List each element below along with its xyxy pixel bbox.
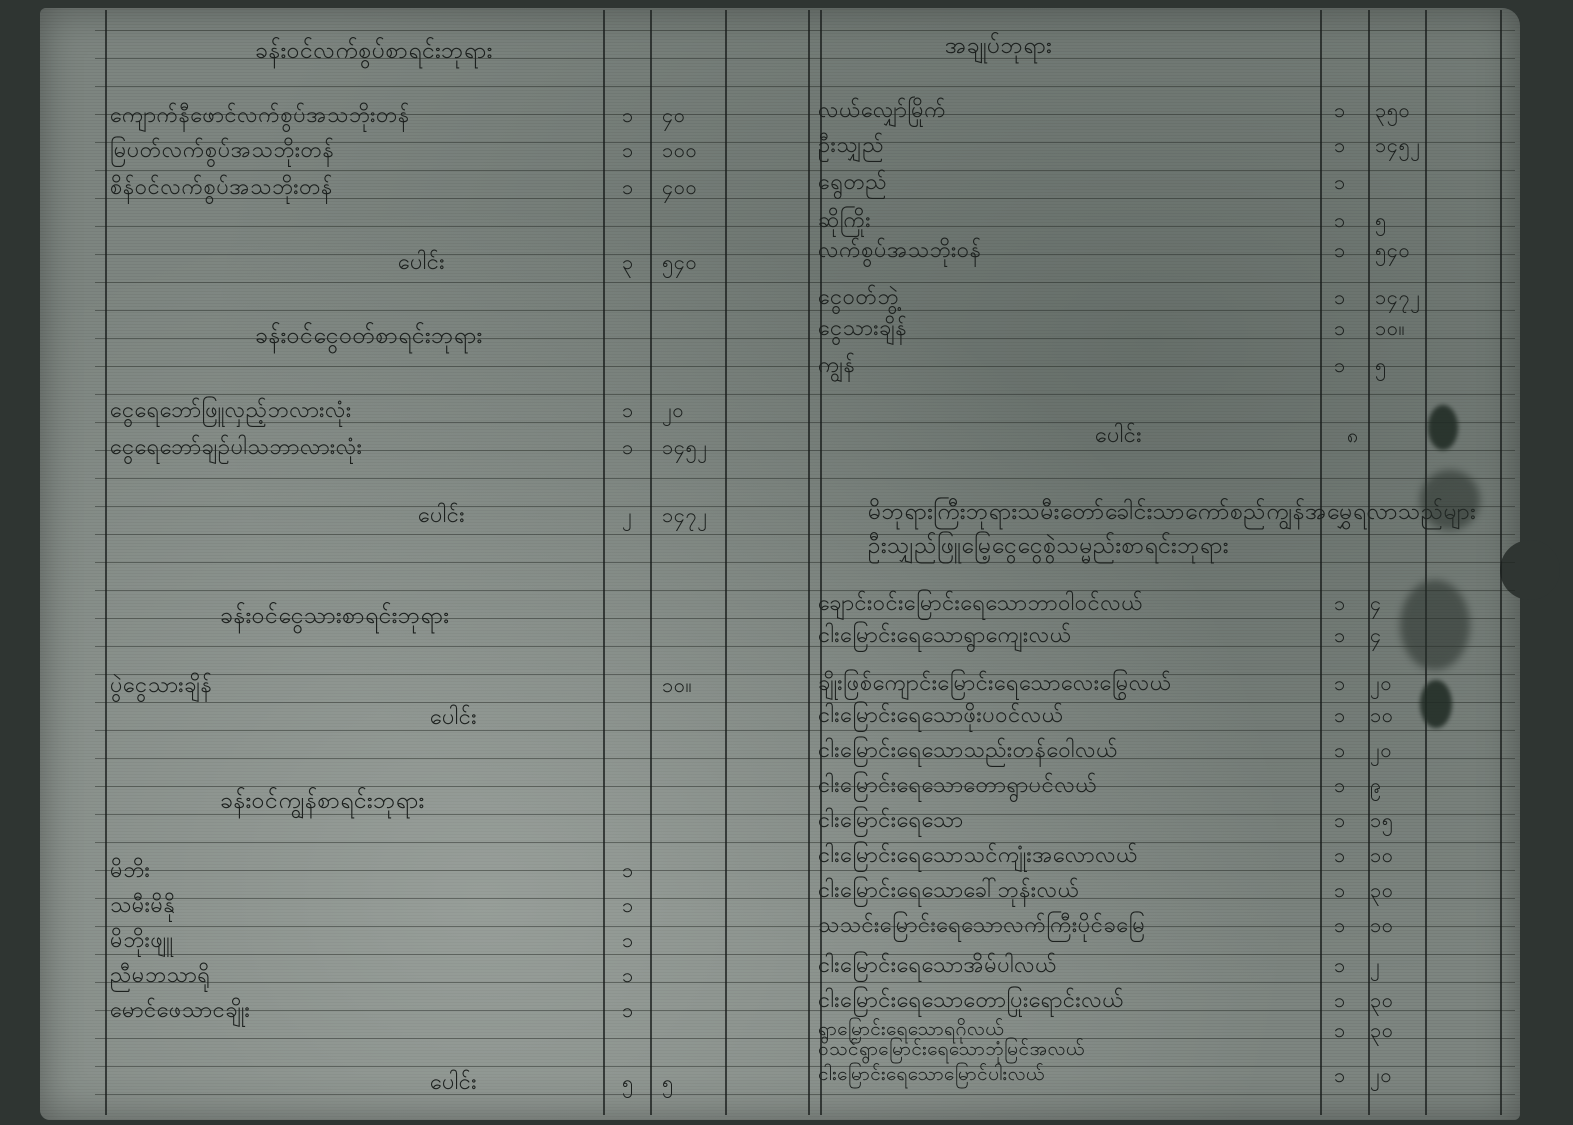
ruled-line bbox=[95, 954, 1515, 955]
quantity: ၁ bbox=[1334, 705, 1346, 725]
stain bbox=[1400, 580, 1470, 670]
section-heading: ခန်းဝင်ကျွန်စာရင်းဘုရား bbox=[220, 790, 425, 813]
item-text: ငါးမြောင်းရေသောဖိုးပဝင်လယ် bbox=[818, 705, 1064, 727]
column-line bbox=[603, 10, 605, 1115]
quantity: ၁ bbox=[1334, 240, 1346, 260]
quantity: ၁ bbox=[622, 177, 634, 197]
ruled-line bbox=[95, 478, 1515, 479]
item-text: ချိုးဖြစ်ကျောင်းမြောင်းရေသောလေးမြွေလယ် bbox=[818, 673, 1172, 695]
value: ၄၀၀ bbox=[662, 177, 697, 197]
item-text: မိဘိး bbox=[110, 860, 150, 882]
ruled-line bbox=[95, 282, 1515, 283]
ruled-line bbox=[95, 1010, 1515, 1011]
column-line bbox=[808, 10, 810, 1115]
value: ၅ bbox=[1375, 210, 1387, 230]
ruled-line bbox=[95, 926, 1515, 927]
item-text: သမီးမိနို bbox=[110, 895, 175, 917]
value: ၁၀၀ bbox=[662, 140, 697, 160]
item-text: ငွေရေဘော်ဖြူလှည့်ဘလားလုံး bbox=[110, 400, 352, 422]
total-quantity: ၅ bbox=[622, 1072, 634, 1092]
quantity: ၁ bbox=[1334, 355, 1346, 375]
value: ၃၀ bbox=[1370, 1020, 1394, 1040]
item-text: ငါးမြောင်းရေသောတောပြုးရောင်းလယ် bbox=[818, 990, 1124, 1012]
ruled-line bbox=[95, 366, 1515, 367]
total-label: ပေါင်း bbox=[430, 1072, 477, 1094]
ruled-line bbox=[95, 870, 1515, 871]
ruled-line bbox=[95, 898, 1515, 899]
total-label: ပေါင်း bbox=[398, 252, 445, 274]
item-text: ပွဲငွေသားချိန် bbox=[110, 675, 212, 697]
quantity: ၁ bbox=[1334, 100, 1346, 120]
item-text: မြပတ်လက်စွပ်အသဘိုးတန် bbox=[110, 140, 334, 162]
total-value: ၁၄၇၂ bbox=[662, 505, 708, 525]
item-text: ငါးမြောင်းရေသောခေါ်ဘုန်းလယ် bbox=[818, 880, 1080, 902]
ruled-line bbox=[95, 674, 1515, 675]
value: ၁၄၅၂ bbox=[1375, 135, 1421, 155]
item-text: ဆိုကြိုး bbox=[818, 210, 871, 232]
column-line bbox=[105, 10, 107, 1115]
item-text: ဝသင်ရွာမြောင်းရေသောဘုံမြင်အလယ် bbox=[818, 1040, 1085, 1059]
total-label: ပေါင်း bbox=[1095, 425, 1142, 447]
ruled-line bbox=[95, 758, 1515, 759]
quantity: ၁ bbox=[1334, 210, 1346, 230]
quantity: ၁ bbox=[622, 400, 634, 420]
value: ၄၀ bbox=[662, 105, 686, 125]
quantity: ၁ bbox=[622, 437, 634, 457]
quantity: ၁ bbox=[1334, 135, 1346, 155]
ruled-line bbox=[95, 226, 1515, 227]
item-text: ငါးမြောင်းရေသောအိမ်ပါလယ် bbox=[818, 955, 1057, 977]
total-quantity: ၂ bbox=[622, 505, 632, 525]
quantity: ၁ bbox=[622, 965, 634, 985]
item-text: လယ်လျှော်မြိုက် bbox=[818, 100, 946, 122]
ruled-line bbox=[95, 842, 1515, 843]
quantity: ၁ bbox=[1334, 593, 1346, 613]
quantity: ၁ bbox=[1334, 810, 1346, 830]
ruled-line bbox=[95, 170, 1515, 171]
value: ၁၅ bbox=[1370, 810, 1394, 830]
item-text: ငါးမြောင်းရေသောရွာကျေးလယ် bbox=[818, 625, 1072, 647]
quantity: ၁ bbox=[622, 930, 634, 950]
quantity: ၁ bbox=[1334, 1020, 1346, 1040]
ink-blot bbox=[1420, 680, 1452, 728]
ruled-line bbox=[95, 646, 1515, 647]
item-text: ကျွန် bbox=[818, 355, 855, 377]
value: ၁၀။ bbox=[1375, 318, 1405, 338]
value: ၅ bbox=[1375, 355, 1387, 375]
column-line bbox=[725, 10, 727, 1115]
section-heading: ခန်းဝင်ငွေသားစာရင်းဘုရား bbox=[220, 605, 449, 628]
value: ၄ bbox=[1370, 625, 1382, 645]
value: ၁၀။ bbox=[662, 675, 692, 695]
quantity: ၁ bbox=[1334, 915, 1346, 935]
ruled-line bbox=[95, 786, 1515, 787]
total-label: ပေါင်း bbox=[430, 707, 477, 729]
value: ၃၀ bbox=[1370, 880, 1394, 900]
value: ၂၀ bbox=[662, 400, 684, 420]
section-heading: အချုပ်ဘုရား bbox=[945, 35, 1052, 58]
item-text: မိဘိုးဖျူ bbox=[110, 930, 173, 952]
ruled-line bbox=[95, 730, 1515, 731]
value: ၂၀ bbox=[1370, 740, 1392, 760]
quantity: ၁ bbox=[622, 140, 634, 160]
item-text: ငွေဝတ်ဘွဲ့ bbox=[818, 287, 899, 309]
ruled-line bbox=[95, 1066, 1515, 1067]
quantity: ၁ bbox=[622, 105, 634, 125]
quantity: ၁ bbox=[1334, 990, 1346, 1010]
value: ၂၀ bbox=[1370, 673, 1392, 693]
paper-notch bbox=[1500, 540, 1560, 600]
item-text: ကျောက်နီဖောင်လက်စွပ်အသဘိုးတန် bbox=[110, 105, 410, 127]
quantity: ၁ bbox=[1334, 287, 1346, 307]
section-heading: ခန်းဝင်ငွေဝတ်စာရင်းဘုရား bbox=[255, 325, 483, 348]
item-text: သသင်းမြောင်းရေသောလက်ကြီးပိုင်ခမြေ bbox=[818, 915, 1146, 937]
item-text: ရွေတည် bbox=[818, 172, 887, 194]
stain bbox=[1420, 470, 1480, 530]
item-text: ဦးသျှည် bbox=[818, 135, 884, 157]
ruled-line bbox=[95, 254, 1515, 255]
quantity: ၁ bbox=[622, 895, 634, 915]
item-text: ငါးမြောင်းရေသောသည်းတန်ဝေါလယ် bbox=[818, 740, 1118, 762]
quantity: ၁ bbox=[1334, 625, 1346, 645]
quantity: ၁ bbox=[622, 860, 634, 880]
value: ၁၄၅၂ bbox=[662, 437, 708, 457]
total-quantity: ၈ bbox=[1347, 425, 1359, 445]
quantity: ၁ bbox=[1334, 955, 1346, 975]
section-heading: မိဘုရားကြီးဘုရားသမီးတော်ခေါင်းသာကော်စည်က… bbox=[868, 495, 1488, 563]
item-text: ချောင်းဝင်းမြောင်းရေသောဘာဝါဝင်လယ် bbox=[818, 593, 1143, 615]
quantity: ၁ bbox=[1334, 673, 1346, 693]
item-text: မောင်ဖေသာငချိုး bbox=[110, 1000, 250, 1022]
ruled-line bbox=[95, 814, 1515, 815]
item-text: ငါးမြောင်းရေသောတောရွာပင်လယ် bbox=[818, 775, 1097, 797]
value: ၁၄၇၂ bbox=[1375, 287, 1421, 307]
total-label: ပေါင်း bbox=[418, 505, 465, 527]
ruled-line bbox=[95, 982, 1515, 983]
total-value: ၅ bbox=[662, 1072, 674, 1092]
column-line bbox=[650, 10, 652, 1115]
item-text: ငါးမြောင်းရေသော bbox=[818, 810, 964, 832]
item-text: ငါးမြောင်းရေသောသင်ကျုံးအလောလယ် bbox=[818, 845, 1138, 867]
quantity: ၁ bbox=[1334, 318, 1346, 338]
value: ၁၀ bbox=[1370, 705, 1394, 725]
quantity: ၁ bbox=[1334, 740, 1346, 760]
section-heading: ခန်းဝင်လက်စွပ်စာရင်းဘုရား bbox=[255, 40, 493, 63]
value: ၁၀ bbox=[1370, 915, 1394, 935]
ruled-line bbox=[95, 1094, 1515, 1095]
item-text: ရွာမြောင်းရေသောရဂိုလယ် bbox=[818, 1020, 1004, 1039]
total-quantity: ၃ bbox=[622, 252, 634, 272]
item-text: ငွေရေဘော်ချဉ်ပါသဘာလားလုံး bbox=[110, 437, 362, 459]
item-text: စိန်ဝင်လက်စွပ်အသဘိုးတန် bbox=[110, 177, 333, 199]
item-text: ငွေသားချိန် bbox=[818, 318, 907, 340]
value: ၂ bbox=[1370, 955, 1380, 975]
item-text: ငါးမြောင်းရေသောမြောင်ပါးလယ် bbox=[818, 1065, 1045, 1084]
ruled-line bbox=[95, 86, 1515, 87]
total-value: ၅၄၀ bbox=[662, 252, 697, 272]
quantity: ၁ bbox=[1334, 775, 1346, 795]
quantity: ၁ bbox=[1334, 845, 1346, 865]
ruled-line bbox=[95, 30, 1515, 31]
value: ၉ bbox=[1370, 775, 1382, 795]
value: ၂၀ bbox=[1370, 1065, 1392, 1085]
quantity: ၁ bbox=[1334, 1065, 1346, 1085]
item-text: လက်စွပ်အသဘိုးဝန် bbox=[818, 240, 982, 262]
quantity: ၁ bbox=[1334, 172, 1346, 192]
value: ၄ bbox=[1370, 593, 1382, 613]
ink-blot bbox=[1428, 405, 1458, 450]
quantity: ၁ bbox=[1334, 880, 1346, 900]
item-text: ညီမဘသာရို bbox=[110, 965, 210, 987]
ruled-line bbox=[95, 394, 1515, 395]
ruled-line bbox=[95, 702, 1515, 703]
value: ၁၀ bbox=[1370, 845, 1394, 865]
ruled-line bbox=[95, 1038, 1515, 1039]
value: ၃၅၀ bbox=[1375, 100, 1410, 120]
ruled-line bbox=[95, 310, 1515, 311]
column-line bbox=[1500, 10, 1502, 1115]
quantity: ၁ bbox=[622, 1000, 634, 1020]
ruled-line bbox=[95, 590, 1515, 591]
value: ၅၄၀ bbox=[1375, 240, 1410, 260]
value: ၃၀ bbox=[1370, 990, 1394, 1010]
